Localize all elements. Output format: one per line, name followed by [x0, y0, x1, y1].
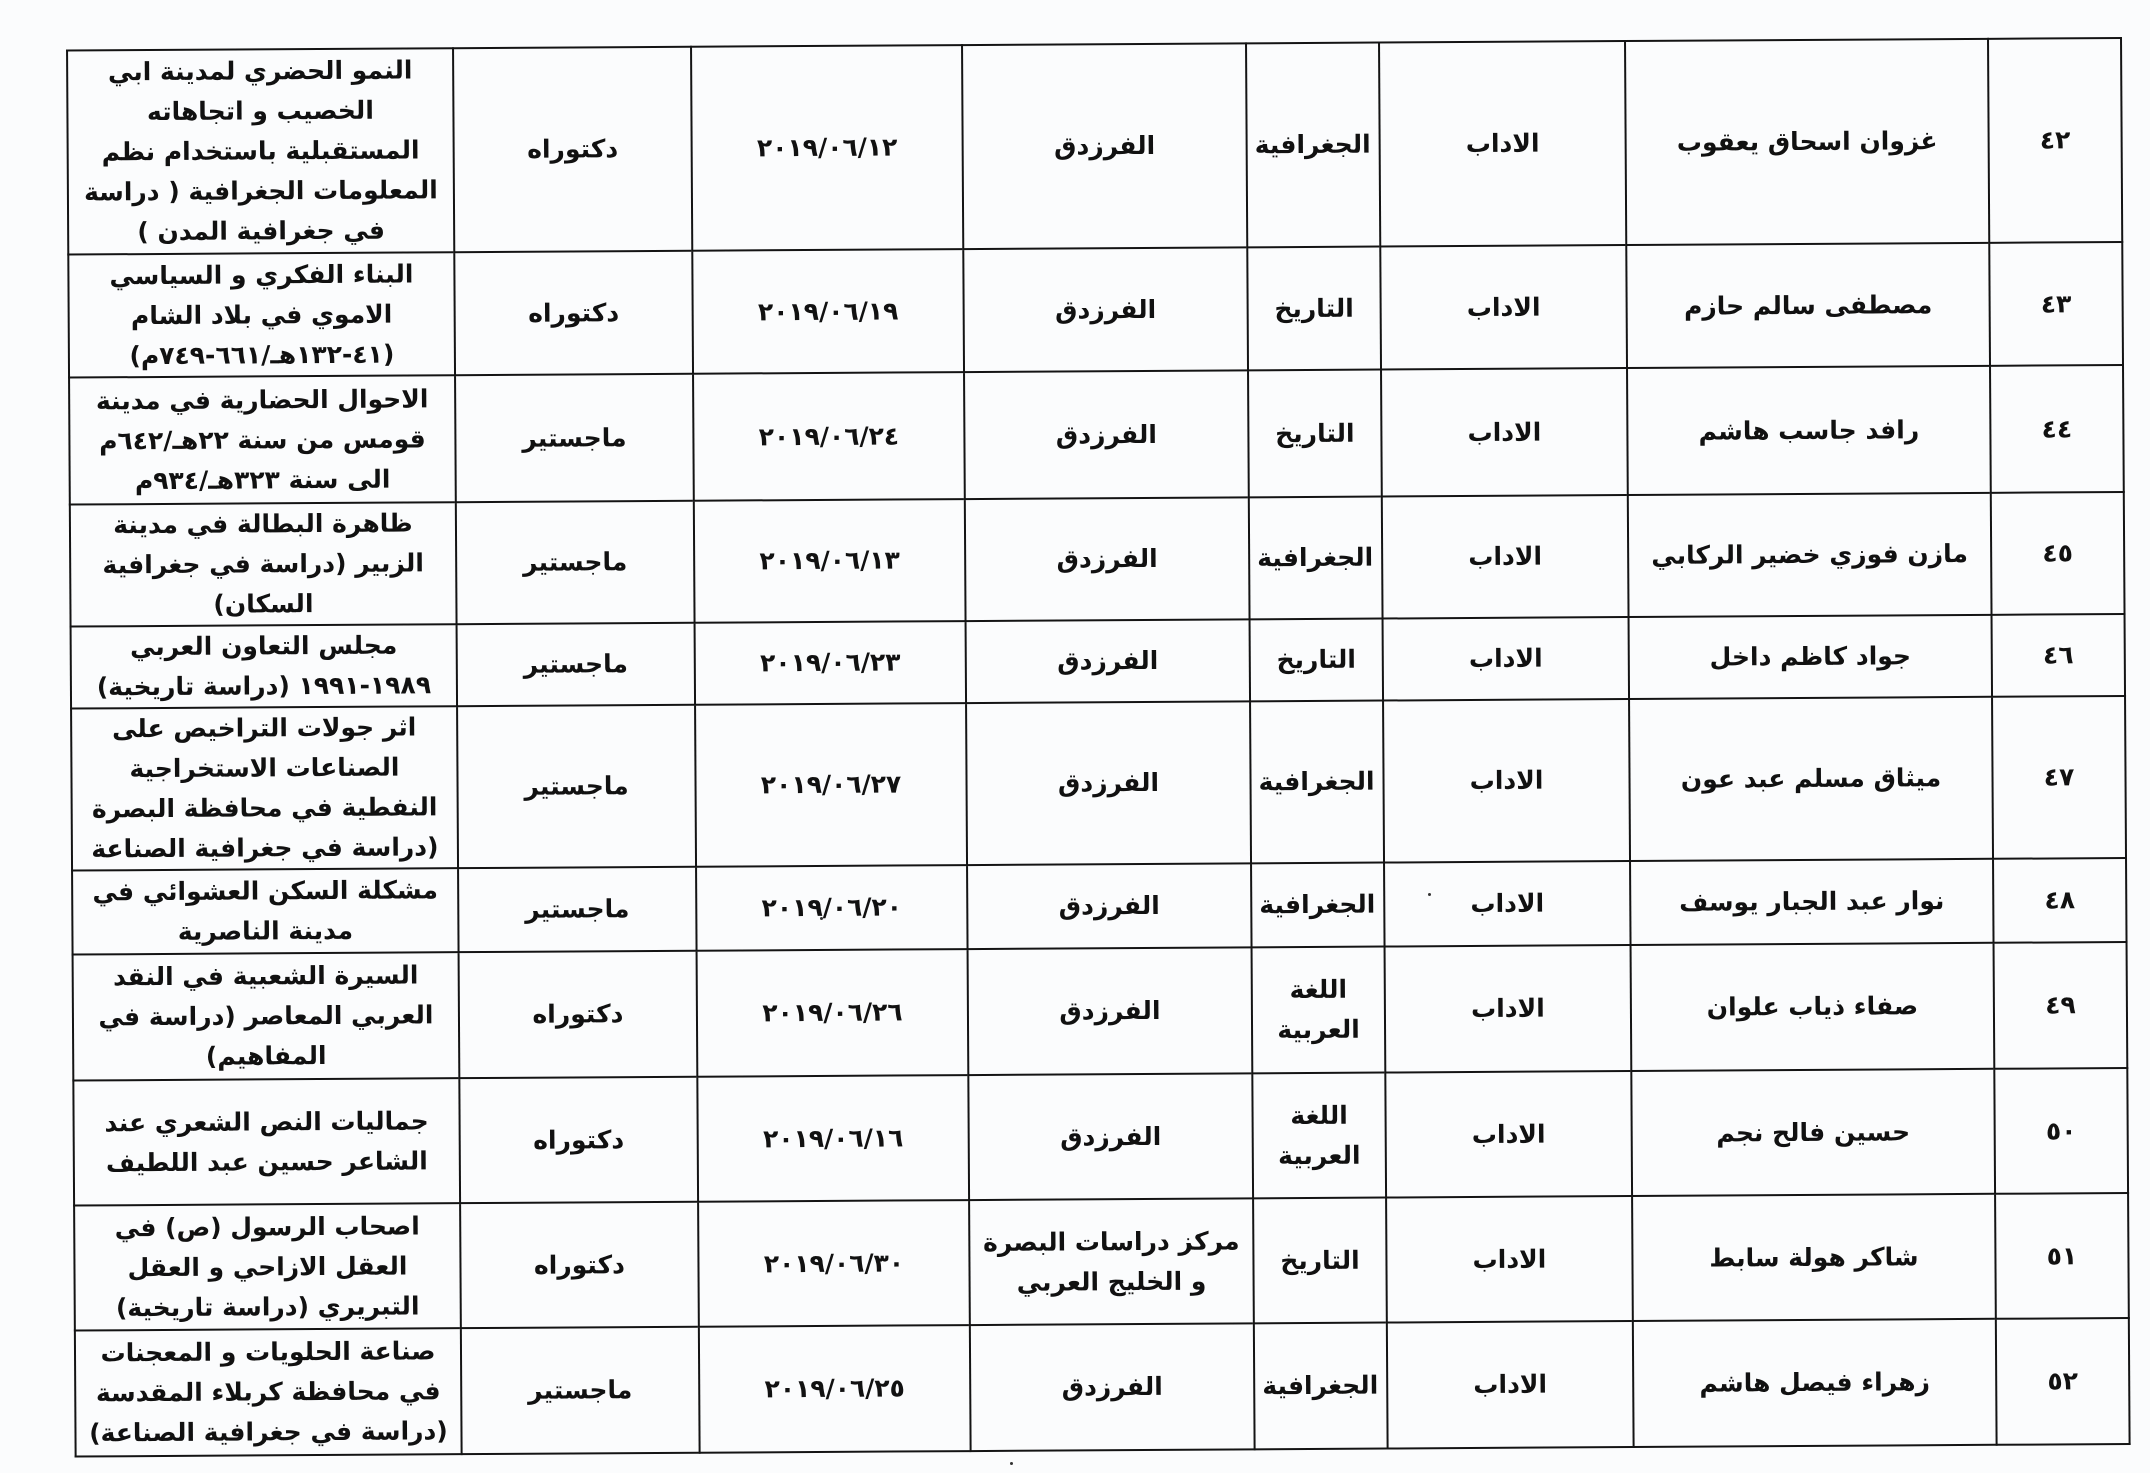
table-row: ٥١شاكر هولة سابطالادابالتاريخمركز دراسات…: [74, 1193, 2129, 1331]
researcher-name-cell: رافد جاسب هاشم: [1627, 366, 1991, 495]
discussion-venue-cell: الفرزدق: [970, 1323, 1255, 1451]
discussion-date-cell: ٢٠١٩/٠٦/٢٧: [695, 703, 967, 867]
college-cell: الاداب: [1380, 245, 1627, 370]
thesis-title-cell: السيرة الشعبية في النقد العربي المعاصر (…: [73, 952, 460, 1080]
table-row: ٤٦جواد كاظم داخلالادابالتاريخالفرزدق٢٠١٩…: [71, 614, 2125, 709]
discussion-venue-cell: الفرزدق: [965, 497, 1250, 621]
degree-cell: دكتوراه: [460, 1202, 699, 1328]
college-cell: الاداب: [1384, 861, 1631, 947]
department-cell: التاريخ: [1253, 1198, 1387, 1324]
researcher-name-cell: حسين فالح نجم: [1631, 1069, 1995, 1196]
college-cell: الاداب: [1383, 617, 1629, 701]
researcher-name-cell: نوار عبد الجبار يوسف: [1630, 859, 1994, 945]
thesis-title-cell: اثر جولات التراخيص على الصناعات الاستخرا…: [71, 706, 458, 870]
discussion-date-cell: ٢٠١٩/٠٦/١٣: [694, 499, 966, 623]
table-row: ٤٣مصطفى سالم حازمالادابالتاريخالفرزدق٢٠١…: [68, 242, 2123, 378]
thesis-title-cell: مشكلة السكن العشوائي في مدينة الناصرية: [72, 868, 459, 954]
discussion-date-cell: ٢٠١٩/٠٦/٢٤: [693, 372, 965, 501]
table-row: ٥٢زهراء فيصل هاشمالادابالجغرافيةالفرزدق٢…: [75, 1318, 2130, 1457]
degree-cell: ماجستير: [456, 501, 695, 624]
researcher-name-cell: زهراء فيصل هاشم: [1633, 1319, 1997, 1447]
discussion-date-cell: ٢٠١٩/٠٦/٣٠: [698, 1200, 970, 1327]
degree-cell: ماجستير: [461, 1327, 700, 1454]
discussion-venue-cell: الفرزدق: [962, 43, 1247, 249]
department-cell: التاريخ: [1250, 619, 1383, 702]
thesis-title-cell: الاحوال الحضارية في مدينة قومس من سنة ٢٢…: [69, 375, 456, 504]
scanned-page: ٤٢غزوان اسحاق يعقوبالادابالجغرافيةالفرزد…: [0, 0, 2150, 1473]
discussion-date-cell: ٢٠١٩/٠٦/٢٠: [696, 865, 968, 951]
researcher-name-cell: جواد كاظم داخل: [1629, 615, 1992, 699]
table-row: ٥٠حسين فالح نجمالاداباللغة العربيةالفرزد…: [73, 1068, 2128, 1206]
thesis-title-cell: جماليات النص الشعري عند الشاعر حسين عبد …: [73, 1078, 460, 1205]
discussion-date-cell: ٢٠١٩/٠٦/١٩: [692, 249, 964, 374]
row-number-cell: ٥٠: [1994, 1068, 2128, 1194]
discussion-date-cell: ٢٠١٩/٠٦/٢٣: [695, 621, 966, 705]
discussion-venue-cell: الفرزدق: [967, 863, 1252, 949]
thesis-title-cell: مجلس التعاون العربي ١٩٨٩-١٩٩١ (دراسة تار…: [71, 624, 457, 708]
degree-cell: دكتوراه: [459, 951, 698, 1078]
table-row: ٤٤رافد جاسب هاشمالادابالتاريخالفرزدق٢٠١٩…: [69, 365, 2124, 505]
researcher-name-cell: مازن فوزي خضير الركابي: [1628, 493, 1992, 617]
researcher-name-cell: شاكر هولة سابط: [1632, 1194, 1996, 1321]
thesis-title-cell: صناعة الحلويات و المعجنات في محافظة كربل…: [75, 1328, 462, 1456]
department-cell: الجغرافية: [1251, 863, 1385, 948]
researcher-name-cell: غزوان اسحاق يعقوب: [1625, 39, 1989, 245]
row-number-cell: ٥٢: [1996, 1318, 2130, 1445]
department-cell: اللغة العربية: [1252, 947, 1386, 1074]
records-table-body: ٤٢غزوان اسحاق يعقوبالادابالجغرافيةالفرزد…: [67, 38, 2130, 1457]
discussion-date-cell: ٢٠١٩/٠٦/٢٦: [697, 949, 969, 1077]
college-cell: الاداب: [1387, 1321, 1634, 1449]
department-cell: التاريخ: [1247, 247, 1381, 371]
row-number-cell: ٤٣: [1989, 242, 2123, 366]
discussion-date-cell: ٢٠١٩/٠٦/١٦: [697, 1075, 969, 1202]
scan-speck: [820, 917, 823, 920]
degree-cell: ماجستير: [455, 374, 694, 502]
degree-cell: ماجستير: [457, 623, 695, 706]
discussion-date-cell: ٢٠١٩/٠٦/٢٥: [699, 1325, 971, 1453]
college-cell: الاداب: [1383, 699, 1630, 862]
scan-speck: [1010, 1462, 1013, 1465]
table-row: ٤٢غزوان اسحاق يعقوبالادابالجغرافيةالفرزد…: [67, 38, 2122, 255]
row-number-cell: ٤٥: [1991, 492, 2125, 615]
college-cell: الاداب: [1385, 1071, 1632, 1198]
researcher-name-cell: ميثاق مسلم عبد عون: [1629, 697, 1993, 861]
department-cell: التاريخ: [1248, 370, 1382, 498]
discussion-venue-cell: الفرزدق: [968, 947, 1253, 1075]
thesis-title-cell: النمو الحضري لمدينة ابي الخصيب و اتجاهات…: [67, 48, 454, 254]
discussion-date-cell: ٢٠١٩/٠٦/١٢: [691, 45, 963, 251]
college-cell: الاداب: [1381, 368, 1628, 497]
discussion-venue-cell: مركز دراسات البصرة و الخليج العربي: [969, 1198, 1254, 1325]
row-number-cell: ٤٧: [1992, 696, 2126, 859]
thesis-title-cell: ظاهرة البطالة في مدينة الزبير (دراسة في …: [70, 502, 457, 626]
discussion-venue-cell: الفرزدق: [963, 247, 1248, 372]
department-cell: الجغرافية: [1254, 1323, 1388, 1450]
department-cell: الجغرافية: [1250, 701, 1384, 864]
row-number-cell: ٤٩: [1994, 942, 2128, 1069]
degree-cell: ماجستير: [458, 867, 697, 952]
thesis-title-cell: اصحاب الرسول (ص) في العقل الازاحي و العق…: [74, 1203, 461, 1330]
records-table: ٤٢غزوان اسحاق يعقوبالادابالجغرافيةالفرزد…: [66, 37, 2131, 1458]
discussion-venue-cell: الفرزدق: [964, 370, 1249, 499]
row-number-cell: ٥١: [1995, 1193, 2129, 1319]
table-row: ٤٥مازن فوزي خضير الركابيالادابالجغرافيةا…: [70, 492, 2125, 627]
discussion-venue-cell: الفرزدق: [966, 619, 1250, 703]
row-number-cell: ٤٢: [1988, 38, 2122, 243]
department-cell: الجغرافية: [1246, 43, 1380, 248]
thesis-title-cell: البناء الفكري و السياسي الاموي في بلاد ا…: [68, 252, 455, 377]
discussion-venue-cell: الفرزدق: [968, 1073, 1253, 1200]
department-cell: الجغرافية: [1249, 497, 1383, 620]
discussion-venue-cell: الفرزدق: [966, 701, 1251, 865]
row-number-cell: ٤٨: [1993, 858, 2127, 943]
row-number-cell: ٤٤: [1990, 365, 2124, 493]
college-cell: الاداب: [1386, 1196, 1633, 1323]
researcher-name-cell: صفاء ذياب علوان: [1631, 943, 1995, 1071]
college-cell: الاداب: [1382, 495, 1629, 619]
row-number-cell: ٤٦: [1992, 614, 2125, 697]
table-row: ٤٨نوار عبد الجبار يوسفالادابالجغرافيةالف…: [72, 858, 2126, 955]
degree-cell: دكتوراه: [454, 251, 693, 375]
scan-speck: [1428, 893, 1431, 896]
college-cell: الاداب: [1385, 945, 1632, 1073]
table-row: ٤٧ميثاق مسلم عبد عونالادابالجغرافيةالفرز…: [71, 696, 2126, 871]
researcher-name-cell: مصطفى سالم حازم: [1626, 243, 1990, 368]
degree-cell: دكتوراه: [453, 47, 692, 252]
table-row: ٤٩صفاء ذياب علوانالاداباللغة العربيةالفر…: [73, 942, 2128, 1081]
college-cell: الاداب: [1379, 41, 1626, 246]
degree-cell: ماجستير: [457, 705, 696, 868]
degree-cell: دكتوراه: [459, 1077, 698, 1203]
department-cell: اللغة العربية: [1252, 1073, 1386, 1199]
